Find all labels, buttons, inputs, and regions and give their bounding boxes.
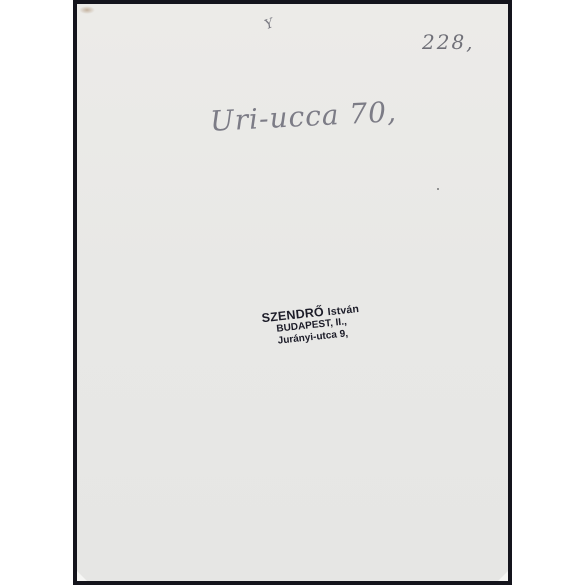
pencil-address-note: Uri-ucca 70,: [209, 95, 397, 138]
photographer-stamp: SZENDRŐ István BUDAPEST, II., Jurányi-ut…: [235, 298, 388, 351]
pencil-catalog-number: 228,: [422, 30, 475, 54]
pencil-dot: [437, 188, 439, 190]
corner-wear-bottom-right: [498, 571, 508, 581]
corner-stain: [79, 6, 95, 14]
photo-back-paper: Y 228, Uri-ucca 70, SZENDRŐ István BUDAP…: [77, 4, 508, 581]
photo-frame: Y 228, Uri-ucca 70, SZENDRŐ István BUDAP…: [73, 0, 512, 585]
corner-wear-bottom-left: [77, 571, 87, 581]
pencil-corner-mark: Y: [263, 16, 276, 33]
